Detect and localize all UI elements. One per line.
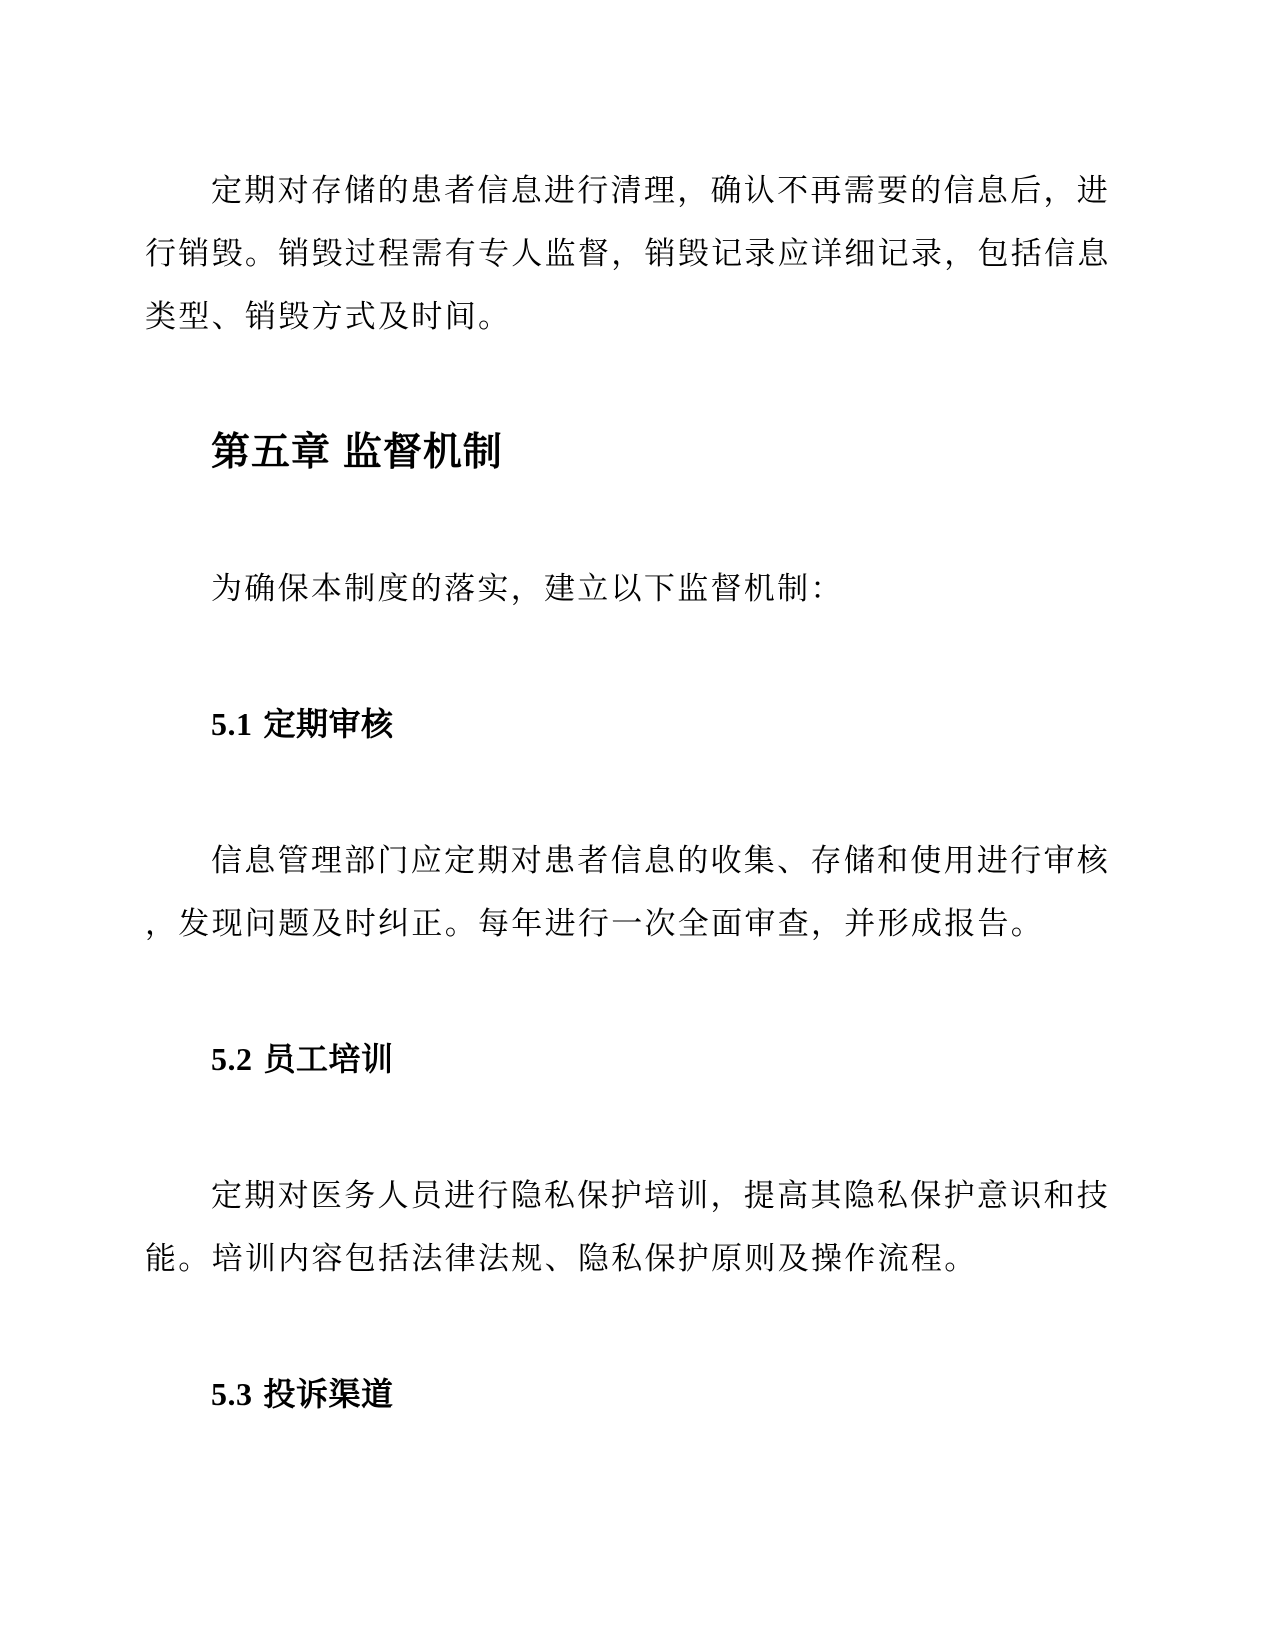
- section-title: 投诉渠道: [264, 1376, 394, 1412]
- body-paragraph: 为确保本制度的落实，建立以下监督机制：: [145, 557, 1131, 620]
- paragraph-line: 信息管理部门应定期对患者信息的收集、存储和使用进行审核: [145, 829, 1131, 892]
- paragraph-line: 定期对存储的患者信息进行清理，确认不再需要的信息后，进: [145, 159, 1131, 222]
- section-title: 员工培训: [264, 1041, 394, 1077]
- paragraph-line: 类型、销毁方式及时间。: [145, 285, 1131, 348]
- paragraph-line: 为确保本制度的落实，建立以下监督机制：: [145, 557, 1131, 620]
- document-content: 定期对存储的患者信息进行清理，确认不再需要的信息后，进行销毁。销毁过程需有专人监…: [145, 159, 1131, 1426]
- section-number: 5.2: [211, 1041, 253, 1077]
- section-heading: 5.2员工培训: [211, 1028, 1131, 1091]
- paragraph-line: 定期对医务人员进行隐私保护培训，提高其隐私保护意识和技: [145, 1164, 1131, 1227]
- body-paragraph: 定期对医务人员进行隐私保护培训，提高其隐私保护意识和技能。培训内容包括法律法规、…: [145, 1164, 1131, 1290]
- section-heading: 5.3投诉渠道: [211, 1363, 1131, 1426]
- body-paragraph: 定期对存储的患者信息进行清理，确认不再需要的信息后，进行销毁。销毁过程需有专人监…: [145, 159, 1131, 348]
- paragraph-line: 行销毁。销毁过程需有专人监督，销毁记录应详细记录，包括信息: [145, 222, 1131, 285]
- section-number: 5.3: [211, 1376, 253, 1412]
- document-page: 定期对存储的患者信息进行清理，确认不再需要的信息后，进行销毁。销毁过程需有专人监…: [0, 0, 1275, 1650]
- section-number: 5.1: [211, 706, 253, 742]
- body-paragraph: 信息管理部门应定期对患者信息的收集、存储和使用进行审核，发现问题及时纠正。每年进…: [145, 829, 1131, 955]
- section-heading: 5.1定期审核: [211, 693, 1131, 756]
- paragraph-line: 能。培训内容包括法律法规、隐私保护原则及操作流程。: [145, 1227, 1131, 1290]
- chapter-heading: 第五章 监督机制: [211, 421, 1131, 484]
- section-title: 定期审核: [264, 706, 394, 742]
- paragraph-line: ，发现问题及时纠正。每年进行一次全面审查，并形成报告。: [145, 892, 1131, 955]
